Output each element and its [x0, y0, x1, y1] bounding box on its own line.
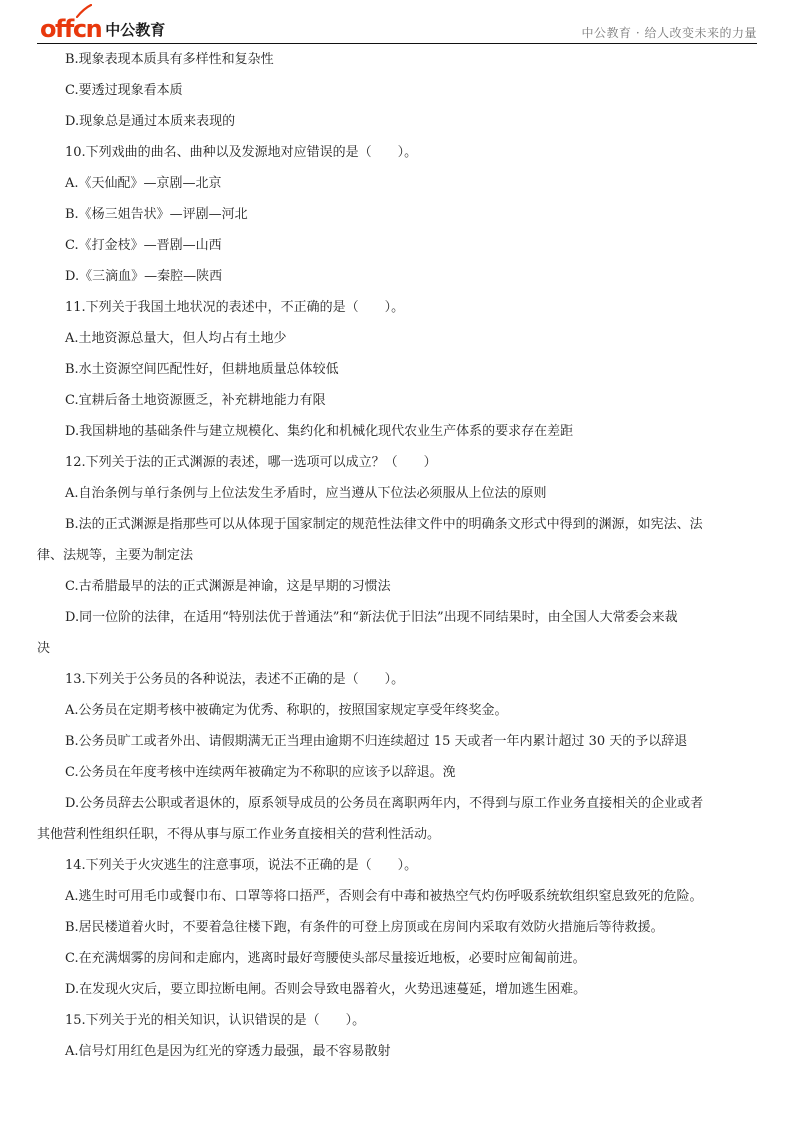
offcn-logo: offcn 中公教育	[40, 14, 165, 40]
question-12: 12.下列关于法的正式渊源的表述，哪一选项可以成立？（ ）	[37, 447, 757, 478]
text-line: B.现象表现本质具有多样性和复杂性	[37, 44, 757, 75]
option-d: D.公务员辞去公职或者退休的，原系领导成员的公务员在离职两年内，不得到与原工作业…	[37, 788, 757, 819]
question-15: 15.下列关于光的相关知识，认识错误的是（ ）。	[37, 1005, 757, 1036]
option-a: A.信号灯用红色是因为红光的穿透力最强，最不容易散射	[37, 1036, 757, 1067]
option-b: B.《杨三姐告状》—评剧—河北	[37, 199, 757, 230]
option-c: C.公务员在年度考核中连续两年被确定为不称职的应该予以辞退。浼	[37, 757, 757, 788]
swoosh-icon	[76, 4, 92, 18]
option-b: B.公务员旷工或者外出、请假期满无正当理由逾期不归连续超过 15 天或者一年内累…	[37, 726, 757, 757]
question-13: 13.下列关于公务员的各种说法，表述不正确的是（ ）。	[37, 664, 757, 695]
option-d: D.在发现火灾后，要立即拉断电闸。否则会导致电器着火，火势迅速蔓延，增加逃生困难…	[37, 974, 757, 1005]
question-10: 10.下列戏曲的曲名、曲种以及发源地对应错误的是（ ）。	[37, 137, 757, 168]
logo-mark: offcn	[40, 18, 101, 40]
option-a: A.《天仙配》—京剧—北京	[37, 168, 757, 199]
logo-chinese-name: 中公教育	[105, 20, 165, 40]
option-c: C.古希腊最早的法的正式渊源是神谕，这是早期的习惯法	[37, 571, 757, 602]
text-line: C.要透过现象看本质	[37, 75, 757, 106]
option-d-continued: 其他营利性组织任职，不得从事与原工作业务直接相关的营利性活动。	[37, 819, 757, 850]
option-b-continued: 律、法规等，主要为制定法	[37, 540, 757, 571]
text-line: D.现象总是通过本质来表现的	[37, 106, 757, 137]
option-a: A.公务员在定期考核中被确定为优秀、称职的，按照国家规定享受年终奖金。	[37, 695, 757, 726]
document-body: B.现象表现本质具有多样性和复杂性 C.要透过现象看本质 D.现象总是通过本质来…	[37, 44, 757, 1067]
option-b: B.居民楼道着火时，不要着急往楼下跑，有条件的可登上房顶或在房间内采取有效防火措…	[37, 912, 757, 943]
option-c: C.《打金枝》—晋剧—山西	[37, 230, 757, 261]
option-a: A.自治条例与单行条例与上位法发生矛盾时，应当遵从下位法必须服从上位法的原则	[37, 478, 757, 509]
option-a: A.土地资源总量大，但人均占有土地少	[37, 323, 757, 354]
option-d: D.我国耕地的基础条件与建立规模化、集约化和机械化现代农业生产体系的要求存在差距	[37, 416, 757, 447]
option-c: C.宜耕后备土地资源匮乏，补充耕地能力有限	[37, 385, 757, 416]
option-d: D.《三滴血》—秦腔—陕西	[37, 261, 757, 292]
option-b: B.水土资源空间匹配性好，但耕地质量总体较低	[37, 354, 757, 385]
question-14: 14.下列关于火灾逃生的注意事项，说法不正确的是（ ）。	[37, 850, 757, 881]
option-d-continued: 决	[37, 633, 757, 664]
option-d: D.同一位阶的法律，在适用“特别法优于普通法”和“新法优于旧法”出现不同结果时，…	[37, 602, 757, 633]
question-11: 11.下列关于我国土地状况的表述中，不正确的是（ ）。	[37, 292, 757, 323]
option-a: A.逃生时可用毛巾或餐巾布、口罩等将口捂严，否则会有中毒和被热空气灼伤呼吸系统软…	[37, 881, 757, 912]
option-c: C.在充满烟雾的房间和走廊内，逃离时最好弯腰使头部尽量接近地板，必要时应匍匐前进…	[37, 943, 757, 974]
header-slogan: 中公教育 · 给人改变未来的力量	[582, 24, 757, 41]
option-b: B.法的正式渊源是指那些可以从体现于国家制定的规范性法律文件中的明确条文形式中得…	[37, 509, 757, 540]
page-header: offcn 中公教育 中公教育 · 给人改变未来的力量	[37, 0, 757, 44]
